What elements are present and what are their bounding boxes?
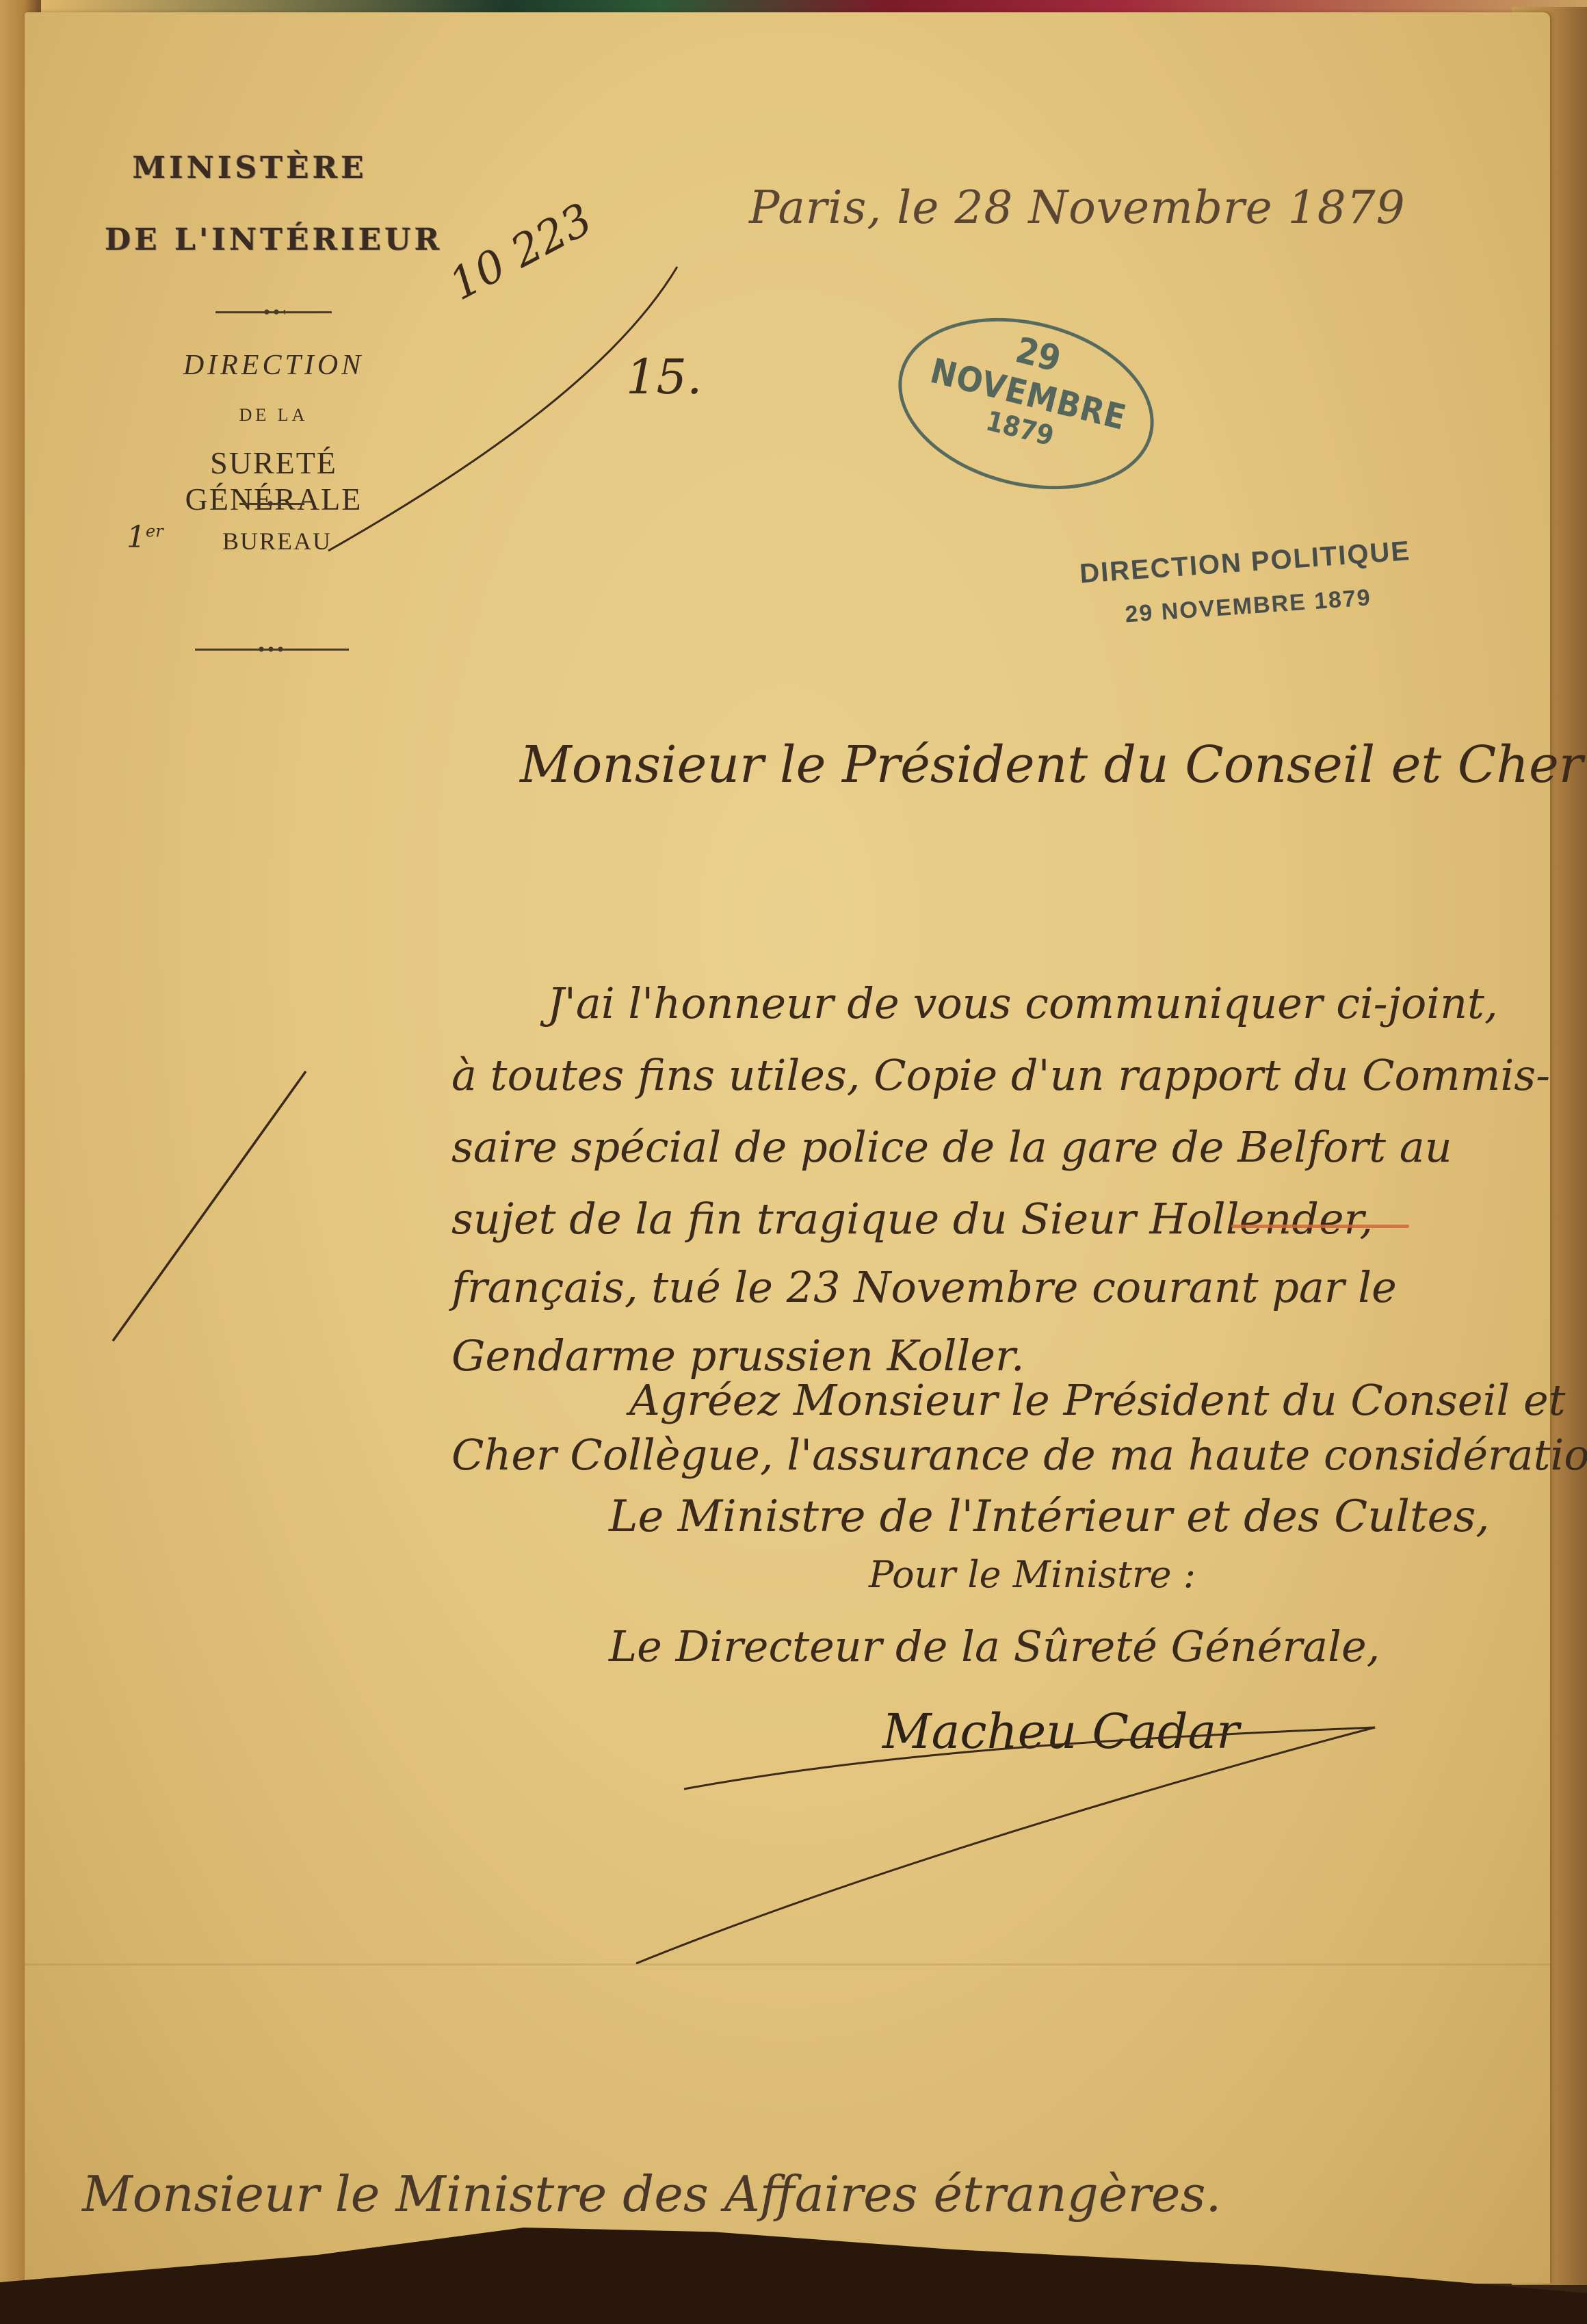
- reference-sub: 15.: [626, 349, 702, 405]
- bureau-suffix: er: [146, 521, 163, 540]
- letterhead-de-la: DE LA: [205, 405, 342, 426]
- ornament-divider: [195, 649, 349, 651]
- body-line: français, tué le 23 Novembre courant par…: [451, 1262, 1397, 1312]
- paper-fold: [25, 1963, 1550, 1966]
- ornament-divider: [215, 311, 332, 313]
- bureau-number-value: 1: [127, 520, 146, 555]
- letterhead-direction: DIRECTION: [157, 349, 390, 382]
- body-line: sujet de la fin tragique du Sieur Hollen…: [451, 1194, 1373, 1244]
- body-line: Agréez Monsieur le Président du Conseil …: [629, 1375, 1566, 1425]
- body-line: Cher Collègue, l'assurance de ma haute c…: [451, 1430, 1587, 1480]
- letterhead-interieur: DE L'INTÉRIEUR: [96, 222, 451, 257]
- body-line: Gendarme prussien Koller.: [451, 1331, 1025, 1381]
- ornament-divider: [239, 503, 304, 505]
- body-line: à toutes fins utiles, Copie d'un rapport…: [451, 1050, 1550, 1100]
- closing-directeur: Le Directeur de la Sûreté Générale,: [609, 1621, 1380, 1671]
- signature: Macheu Cadar: [882, 1703, 1240, 1760]
- addressee: Monsieur le Ministre des Affaires étrang…: [82, 2165, 1221, 2223]
- body-line: saire spécial de police de la gare de Be…: [451, 1122, 1452, 1172]
- body-line: J'ai l'honneur de vous communiquer ci-jo…: [547, 978, 1498, 1028]
- closing-minister: Le Ministre de l'Intérieur et des Cultes…: [609, 1491, 1490, 1542]
- letterhead-bureau: BUREAU: [219, 527, 335, 556]
- date-line: Paris, le 28 Novembre 1879: [749, 181, 1406, 234]
- letterhead-ministere: MINISTÈRE: [123, 151, 376, 185]
- closing-pour-le-ministre: Pour le Ministre :: [869, 1553, 1196, 1596]
- bureau-number: 1er: [127, 520, 163, 555]
- salutation: Monsieur le Président du Conseil et Cher…: [520, 735, 1587, 794]
- red-pencil-underline: [1231, 1225, 1409, 1228]
